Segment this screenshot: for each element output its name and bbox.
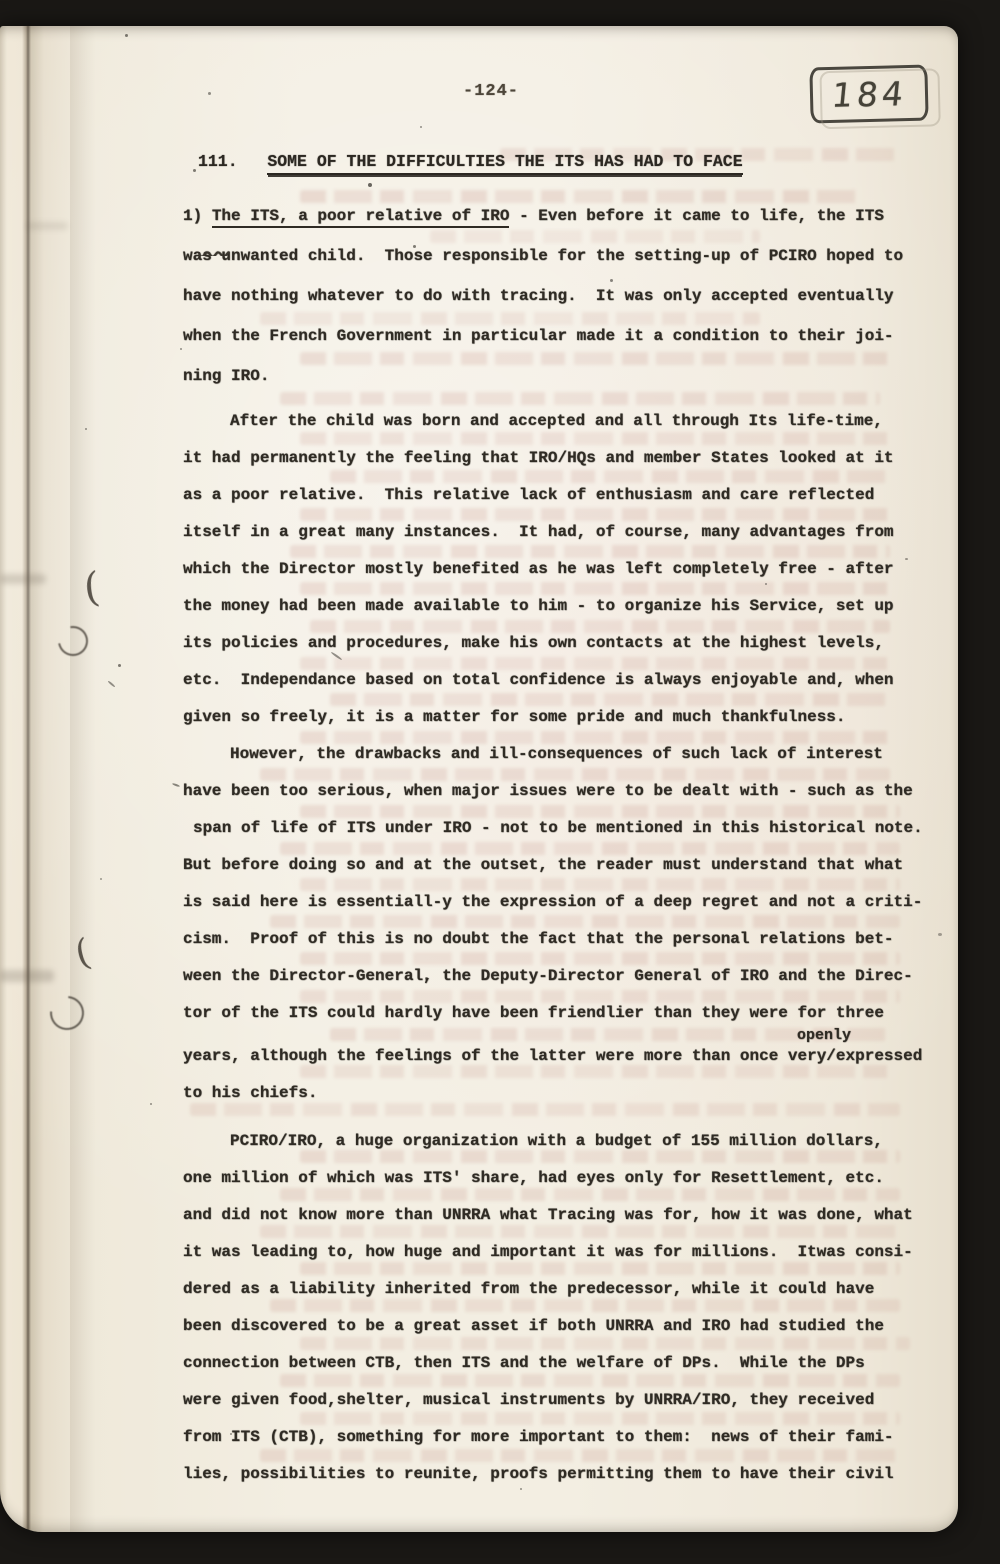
stamp-number-box: 184 — [809, 65, 928, 124]
typed-text: its policies and procedures, make his ow… — [183, 634, 884, 652]
typed-text: 1) — [183, 207, 212, 225]
dust-speck — [208, 92, 211, 95]
dust-speck — [100, 878, 102, 880]
text-line: After the child was born and accepted an… — [183, 411, 958, 448]
typed-text: span of life of ITS under IRO - not to b… — [193, 819, 923, 837]
text-line: connection between CTB, then ITS and the… — [183, 1353, 958, 1390]
typed-text: were given food,shelter, musical instrum… — [183, 1391, 874, 1409]
document-page: -124- 184 111. SOME OF THE DIFFICULTIES … — [0, 26, 958, 1532]
typed-text: it had permanently the feeling that IRO/… — [183, 449, 894, 467]
page-number: -124- — [463, 82, 519, 102]
typed-text: dered as a liability inherited from the … — [183, 1280, 874, 1298]
dust-speck — [420, 126, 422, 128]
dust-speck — [125, 34, 128, 37]
typed-text: lies, possibilities to reunite, proofs p… — [183, 1465, 894, 1483]
typed-text: years, although the feelings of the latt… — [183, 1047, 922, 1065]
typed-text: and did not know more than UNRRA what Tr… — [183, 1206, 913, 1224]
typed-text: etc. Independance based on total confide… — [183, 671, 894, 689]
text-line: and did not know more than UNRRA what Tr… — [183, 1205, 958, 1242]
text-line: the money had been made available to him… — [183, 596, 958, 633]
typed-text: PCIRO/IRO, a huge organization with a bu… — [230, 1132, 883, 1150]
text-line: PCIRO/IRO, a huge organization with a bu… — [183, 1131, 958, 1168]
typed-text: connection between CTB, then ITS and the… — [183, 1354, 865, 1372]
typed-text: is said here is essentiall-y the express… — [183, 893, 922, 911]
dust-speck — [610, 279, 613, 282]
typed-text: ween the Director-General, the Deputy-Di… — [183, 967, 913, 985]
text-line: ning IRO. — [183, 366, 958, 403]
text-line: given so freely, it is a matter for some… — [183, 707, 958, 744]
text-line: were given food,shelter, musical instrum… — [183, 1390, 958, 1427]
typed-text: the money had been made available to him… — [183, 597, 894, 615]
typed-text: After the child was born and accepted an… — [230, 412, 883, 430]
text-line: have nothing whatever to do with tracing… — [183, 286, 958, 323]
text-line: years, although the feelings of the latt… — [183, 1046, 958, 1083]
text-line: However, the drawbacks and ill-consequen… — [183, 744, 958, 781]
text-line: was unwanted child. Those responsible fo… — [183, 246, 958, 283]
typed-text: which the Director mostly benefited as h… — [183, 560, 894, 578]
text-line: itself in a great many instances. It had… — [183, 522, 958, 559]
dust-speck — [107, 680, 115, 687]
text-line: which the Director mostly benefited as h… — [183, 559, 958, 596]
text-line: its policies and procedures, make his ow… — [183, 633, 958, 670]
pen-paren-mark: ( — [82, 567, 102, 608]
dust-speck — [193, 169, 196, 172]
stamp-number: 184 — [830, 74, 909, 115]
dust-speck — [520, 1488, 522, 1490]
dust-speck — [85, 428, 87, 430]
text-line: as a poor relative. This relative lack o… — [183, 485, 958, 522]
dust-speck — [905, 558, 908, 560]
typed-text: cism. Proof of this is no doubt the fact… — [183, 930, 894, 948]
dust-speck — [172, 783, 180, 788]
typed-text: was unwanted child. Those responsible fo… — [183, 247, 903, 265]
text-line: 1) The ITS, a poor relative of IRO - Eve… — [183, 206, 958, 243]
text-line: have been too serious, when major issues… — [183, 781, 958, 818]
smudge-streak — [26, 222, 68, 230]
page-gutter-fold — [70, 26, 96, 1532]
text-line: is said here is essentiall-y the express… — [183, 892, 958, 929]
inserted-word: openly — [797, 1026, 851, 1046]
typed-text: But before doing so and at the outset, t… — [183, 856, 903, 874]
bleedthrough-ghost-line — [300, 190, 860, 203]
text-line: span of life of ITS under IRO - not to b… — [183, 818, 958, 855]
typed-text: one million of which was ITS' share, had… — [183, 1169, 884, 1187]
section-heading: 111. SOME OF THE DIFFICULTIES THE ITS HA… — [198, 150, 743, 174]
typed-text: itself in a great many instances. It had… — [183, 523, 894, 541]
text-line: it had permanently the feeling that IRO/… — [183, 448, 958, 485]
text-line: ween the Director-General, the Deputy-Di… — [183, 966, 958, 1003]
section-number: 111. — [198, 152, 238, 171]
dust-speck — [870, 1468, 873, 1471]
typed-text: have nothing whatever to do with tracing… — [183, 287, 894, 305]
heading-spacer — [238, 152, 268, 171]
typed-text: from ITS (CTB), something for more impor… — [183, 1428, 894, 1446]
text-line: to his chiefs. — [183, 1083, 958, 1120]
typed-lines: 1) The ITS, a poor relative of IRO - Eve… — [183, 206, 958, 1501]
dust-speck — [425, 977, 428, 980]
screenshot-root: { "page": { "page_number": "-124-", "sta… — [0, 0, 1000, 1564]
dust-speck — [118, 664, 121, 667]
text-line: etc. Independance based on total confide… — [183, 670, 958, 707]
text-line: it was leading to, how huge and importan… — [183, 1242, 958, 1279]
typed-text: given so freely, it is a matter for some… — [183, 708, 846, 726]
typed-text: However, the drawbacks and ill-consequen… — [230, 745, 883, 763]
section-title: SOME OF THE DIFFICULTIES THE ITS HAS HAD… — [267, 152, 742, 175]
pen-ring-mark — [52, 620, 94, 662]
handwritten-squiggle-mark — [199, 236, 229, 256]
smudge-streak — [0, 970, 54, 982]
typed-text: - Even before it came to life, the ITS — [509, 207, 883, 225]
typed-text: as a poor relative. This relative lack o… — [183, 486, 874, 504]
pen-ring-mark — [43, 989, 91, 1037]
typed-text: when the French Government in particular… — [183, 327, 894, 345]
dust-speck — [180, 348, 182, 350]
text-line: when the French Government in particular… — [183, 326, 958, 363]
dust-speck — [230, 1433, 232, 1435]
dust-speck — [368, 183, 372, 187]
dust-speck — [150, 1103, 152, 1105]
underlined-text: The ITS, a poor relative of IRO — [212, 207, 510, 228]
dust-speck — [938, 933, 942, 936]
smudge-streak — [0, 574, 46, 584]
typed-text: it was leading to, how huge and importan… — [183, 1243, 913, 1261]
text-line: been discovered to be a great asset if b… — [183, 1316, 958, 1353]
dust-speck — [765, 583, 767, 585]
typed-text: to his chiefs. — [183, 1084, 317, 1102]
text-line: one million of which was ITS' share, had… — [183, 1168, 958, 1205]
text-line: cism. Proof of this is no doubt the fact… — [183, 929, 958, 966]
dust-speck — [413, 245, 416, 248]
text-line: lies, possibilities to reunite, proofs p… — [183, 1464, 958, 1501]
typed-text: been discovered to be a great asset if b… — [183, 1317, 884, 1335]
text-line: But before doing so and at the outset, t… — [183, 855, 958, 892]
typed-text: tor of the ITS could hardly have been fr… — [183, 1004, 884, 1022]
text-line: from ITS (CTB), something for more impor… — [183, 1427, 958, 1464]
text-line: dered as a liability inherited from the … — [183, 1279, 958, 1316]
typed-text: have been too serious, when major issues… — [183, 782, 913, 800]
typed-text: ning IRO. — [183, 367, 269, 385]
pen-paren-mark: ( — [72, 935, 94, 973]
